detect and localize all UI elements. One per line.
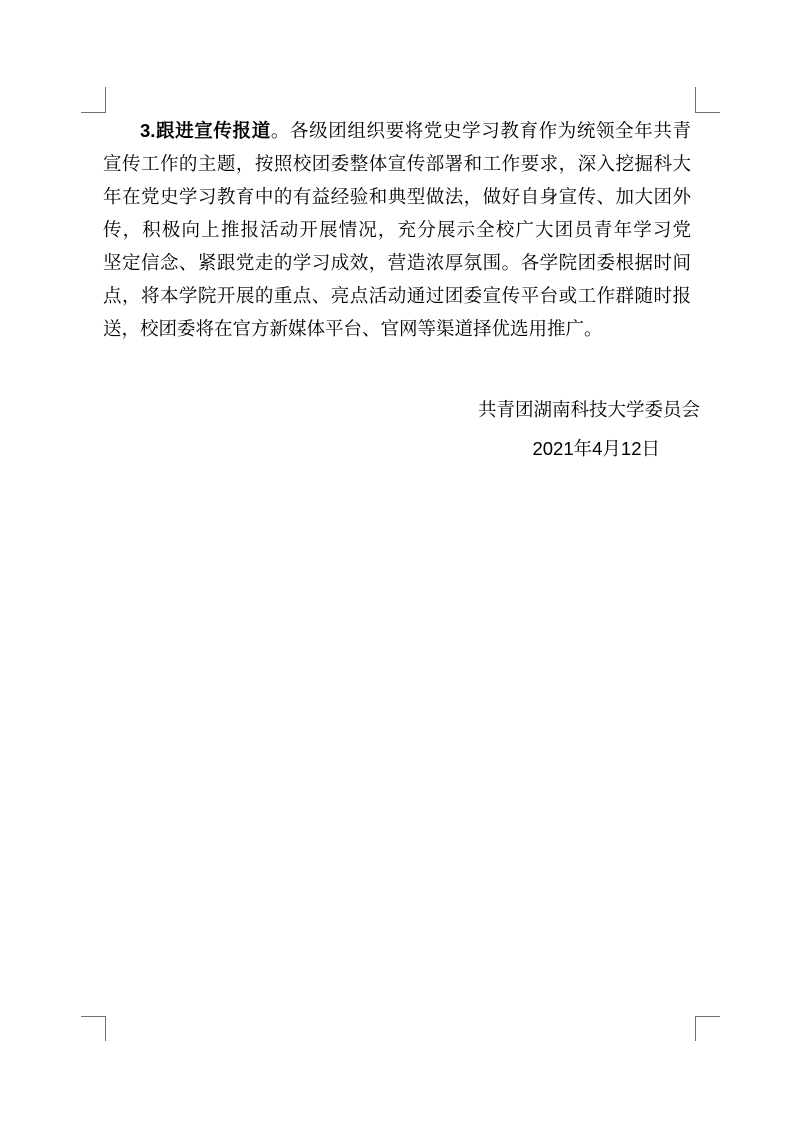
margin-crop-mark-bottom-right	[695, 1016, 720, 1041]
body-paragraph: 3.跟进宣传报道。各级团组织要将党史学习教育作为统领全年共青团 宣传工作的主题，…	[103, 114, 691, 345]
margin-crop-mark-bottom-left	[81, 1016, 106, 1041]
margin-crop-mark-top-right	[695, 87, 720, 113]
paragraph-line: 传，积极向上推报活动开展情况，充分展示全校广大团员青年学习党史、	[103, 213, 691, 246]
margin-crop-mark-top-left	[81, 87, 106, 113]
paragraph-line: 送，校团委将在官方新媒体平台、官网等渠道择优选用推广。	[103, 312, 691, 345]
paragraph-lead-bold: 3.跟进宣传报道	[140, 120, 271, 141]
paragraph-line: 坚定信念、紧跟党走的学习成效，营造浓厚氛围。各学院团委根据时间节	[103, 246, 691, 279]
signature-organization: 共青团湖南科技大学委员会	[103, 393, 700, 426]
document-page: 3.跟进宣传报道。各级团组织要将党史学习教育作为统领全年共青团 宣传工作的主题，…	[0, 0, 794, 1123]
signature-date: 2021年4月12日	[103, 432, 660, 465]
paragraph-line: 点，将本学院开展的重点、亮点活动通过团委宣传平台或工作群随时报	[103, 279, 691, 312]
paragraph-line: 年在党史学习教育中的有益经验和典型做法，做好自身宣传、加大团外宣	[103, 180, 691, 213]
paragraph-line: 3.跟进宣传报道。各级团组织要将党史学习教育作为统领全年共青团	[103, 114, 691, 147]
paragraph-line: 宣传工作的主题，按照校团委整体宣传部署和工作要求，深入挖掘科大青	[103, 147, 691, 180]
